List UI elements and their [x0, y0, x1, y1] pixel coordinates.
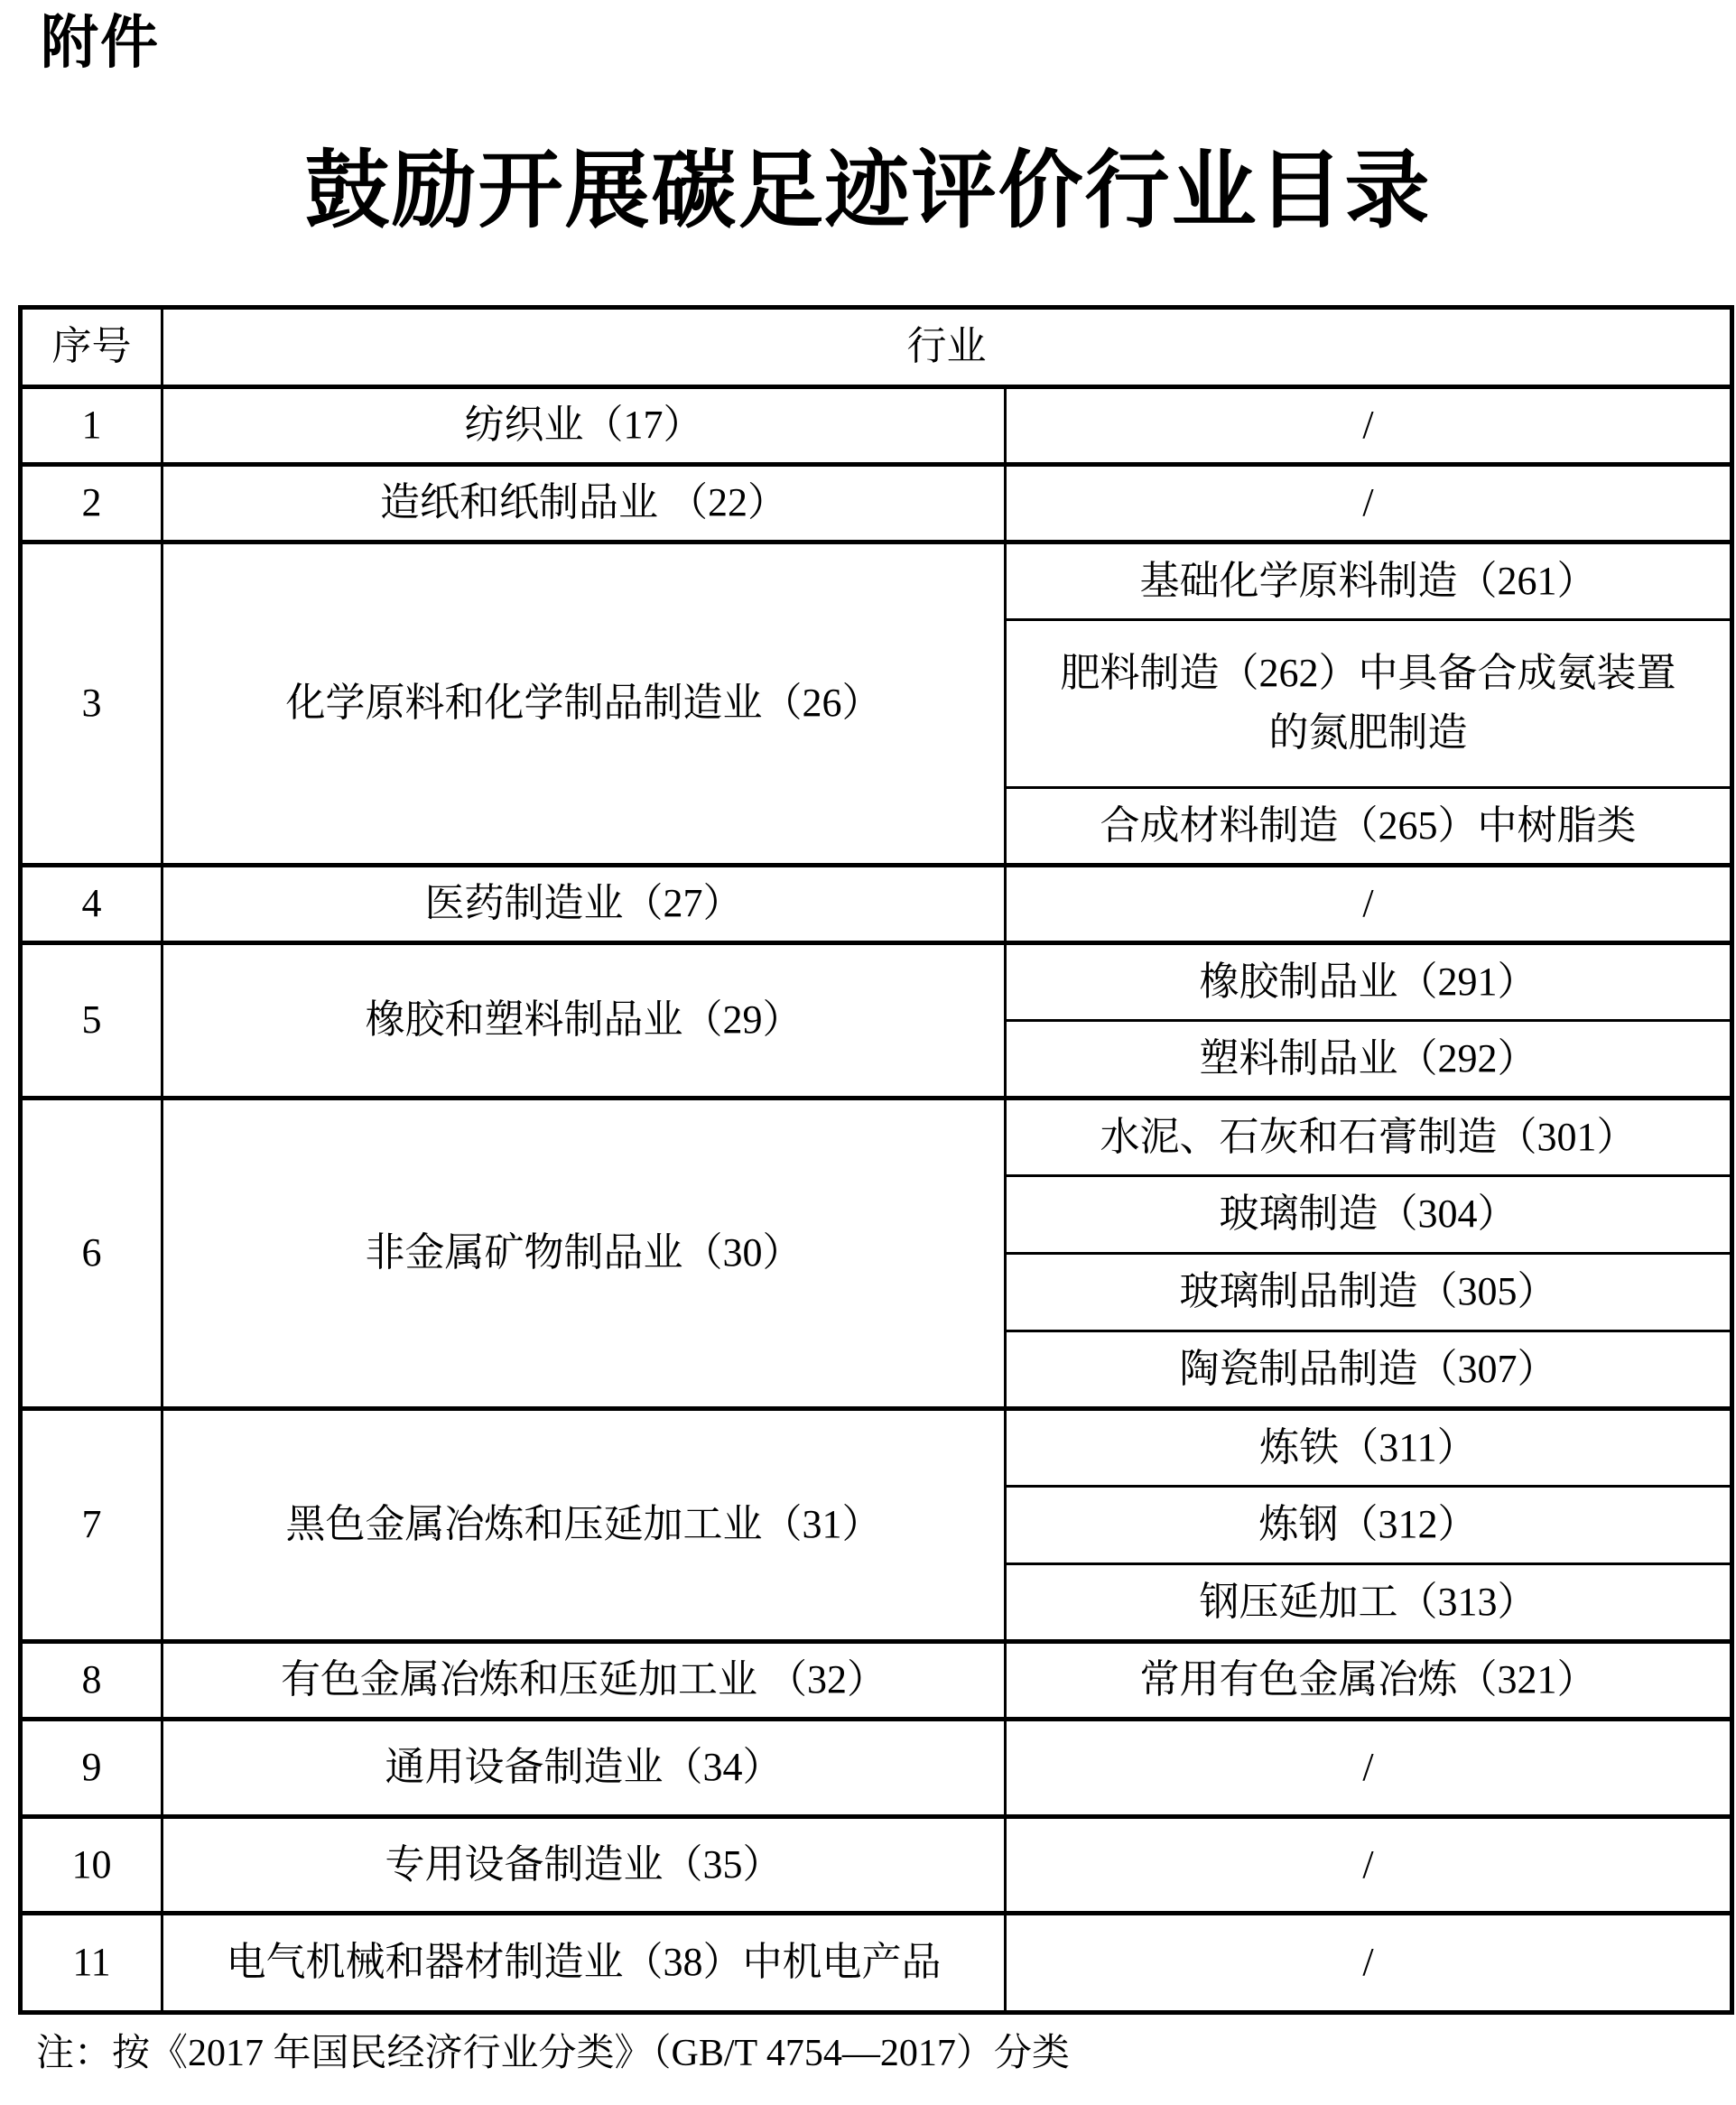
industry-cell: 非金属矿物制品业（30）	[162, 1098, 1006, 1408]
segment-cell: /	[1006, 1913, 1732, 2012]
segment-cell: 合成材料制造（265）中树脂类	[1006, 787, 1732, 865]
serial-cell: 7	[21, 1408, 162, 1641]
serial-cell: 4	[21, 865, 162, 942]
industry-cell: 纺织业（17）	[162, 386, 1006, 464]
serial-cell: 11	[21, 1913, 162, 2012]
table-row: 6 非金属矿物制品业（30） 水泥、石灰和石膏制造（301）	[21, 1098, 1732, 1175]
industry-cell: 橡胶和塑料制品业（29）	[162, 942, 1006, 1098]
serial-cell: 2	[21, 464, 162, 542]
industry-cell: 化学原料和化学制品制造业（26）	[162, 542, 1006, 865]
segment-cell: 炼铁（311）	[1006, 1408, 1732, 1486]
segment-cell: 陶瓷制品制造（307）	[1006, 1331, 1732, 1408]
table-row: 2 造纸和纸制品业 （22） /	[21, 464, 1732, 542]
segment-cell: 玻璃制造（304）	[1006, 1175, 1732, 1253]
segment-cell: /	[1006, 464, 1732, 542]
table-row: 3 化学原料和化学制品制造业（26） 基础化学原料制造（261）	[21, 542, 1732, 619]
segment-cell: /	[1006, 1816, 1732, 1913]
segment-cell: /	[1006, 386, 1732, 464]
table-row: 10 专用设备制造业（35） /	[21, 1816, 1732, 1913]
header-cell-serial: 序号	[21, 307, 162, 386]
industry-cell: 专用设备制造业（35）	[162, 1816, 1006, 1913]
serial-cell: 9	[21, 1719, 162, 1816]
industry-cell: 通用设备制造业（34）	[162, 1719, 1006, 1816]
segment-cell: /	[1006, 1719, 1732, 1816]
segment-cell: /	[1006, 865, 1732, 942]
segment-cell: 基础化学原料制造（261）	[1006, 542, 1732, 619]
serial-cell: 5	[21, 942, 162, 1098]
segment-cell: 水泥、石灰和石膏制造（301）	[1006, 1098, 1732, 1175]
serial-cell: 1	[21, 386, 162, 464]
segment-cell: 钢压延加工（313）	[1006, 1563, 1732, 1641]
table-row: 1 纺织业（17） /	[21, 386, 1732, 464]
industry-cell: 黑色金属冶炼和压延加工业（31）	[162, 1408, 1006, 1641]
segment-cell: 玻璃制品制造（305）	[1006, 1253, 1732, 1331]
table-row: 9 通用设备制造业（34） /	[21, 1719, 1732, 1816]
serial-cell: 8	[21, 1641, 162, 1719]
industry-cell: 医药制造业（27）	[162, 865, 1006, 942]
segment-cell: 常用有色金属冶炼（321）	[1006, 1641, 1732, 1719]
table-row: 11 电气机械和器材制造业（38）中机电产品 /	[21, 1913, 1732, 2012]
table-row: 8 有色金属冶炼和压延加工业 （32） 常用有色金属冶炼（321）	[21, 1641, 1732, 1719]
industry-catalog-table: 序号 行业 1 纺织业（17） / 2 造纸和纸制品业 （22） / 3 化学原…	[18, 305, 1734, 2015]
segment-cell: 橡胶制品业（291）	[1006, 942, 1732, 1020]
industry-cell: 电气机械和器材制造业（38）中机电产品	[162, 1913, 1006, 2012]
industry-cell: 有色金属冶炼和压延加工业 （32）	[162, 1641, 1006, 1719]
serial-cell: 3	[21, 542, 162, 865]
classification-note: 注：按《2017 年国民经济行业分类》（GB/T 4754—2017）分类	[36, 2029, 1736, 2079]
table-row: 5 橡胶和塑料制品业（29） 橡胶制品业（291）	[21, 942, 1732, 1020]
table-row: 7 黑色金属冶炼和压延加工业（31） 炼铁（311）	[21, 1408, 1732, 1486]
page-title: 鼓励开展碳足迹评价行业目录	[0, 147, 1736, 236]
header-cell-industry: 行业	[162, 307, 1732, 386]
segment-cell: 肥料制造（262）中具备合成氨装置 的氮肥制造	[1006, 619, 1732, 787]
industry-cell: 造纸和纸制品业 （22）	[162, 464, 1006, 542]
segment-cell: 塑料制品业（292）	[1006, 1020, 1732, 1098]
segment-cell: 炼钢（312）	[1006, 1486, 1732, 1563]
serial-cell: 6	[21, 1098, 162, 1408]
serial-cell: 10	[21, 1816, 162, 1913]
attachment-label: 附件	[41, 14, 1736, 71]
table-header-row: 序号 行业	[21, 307, 1732, 386]
table-row: 4 医药制造业（27） /	[21, 865, 1732, 942]
